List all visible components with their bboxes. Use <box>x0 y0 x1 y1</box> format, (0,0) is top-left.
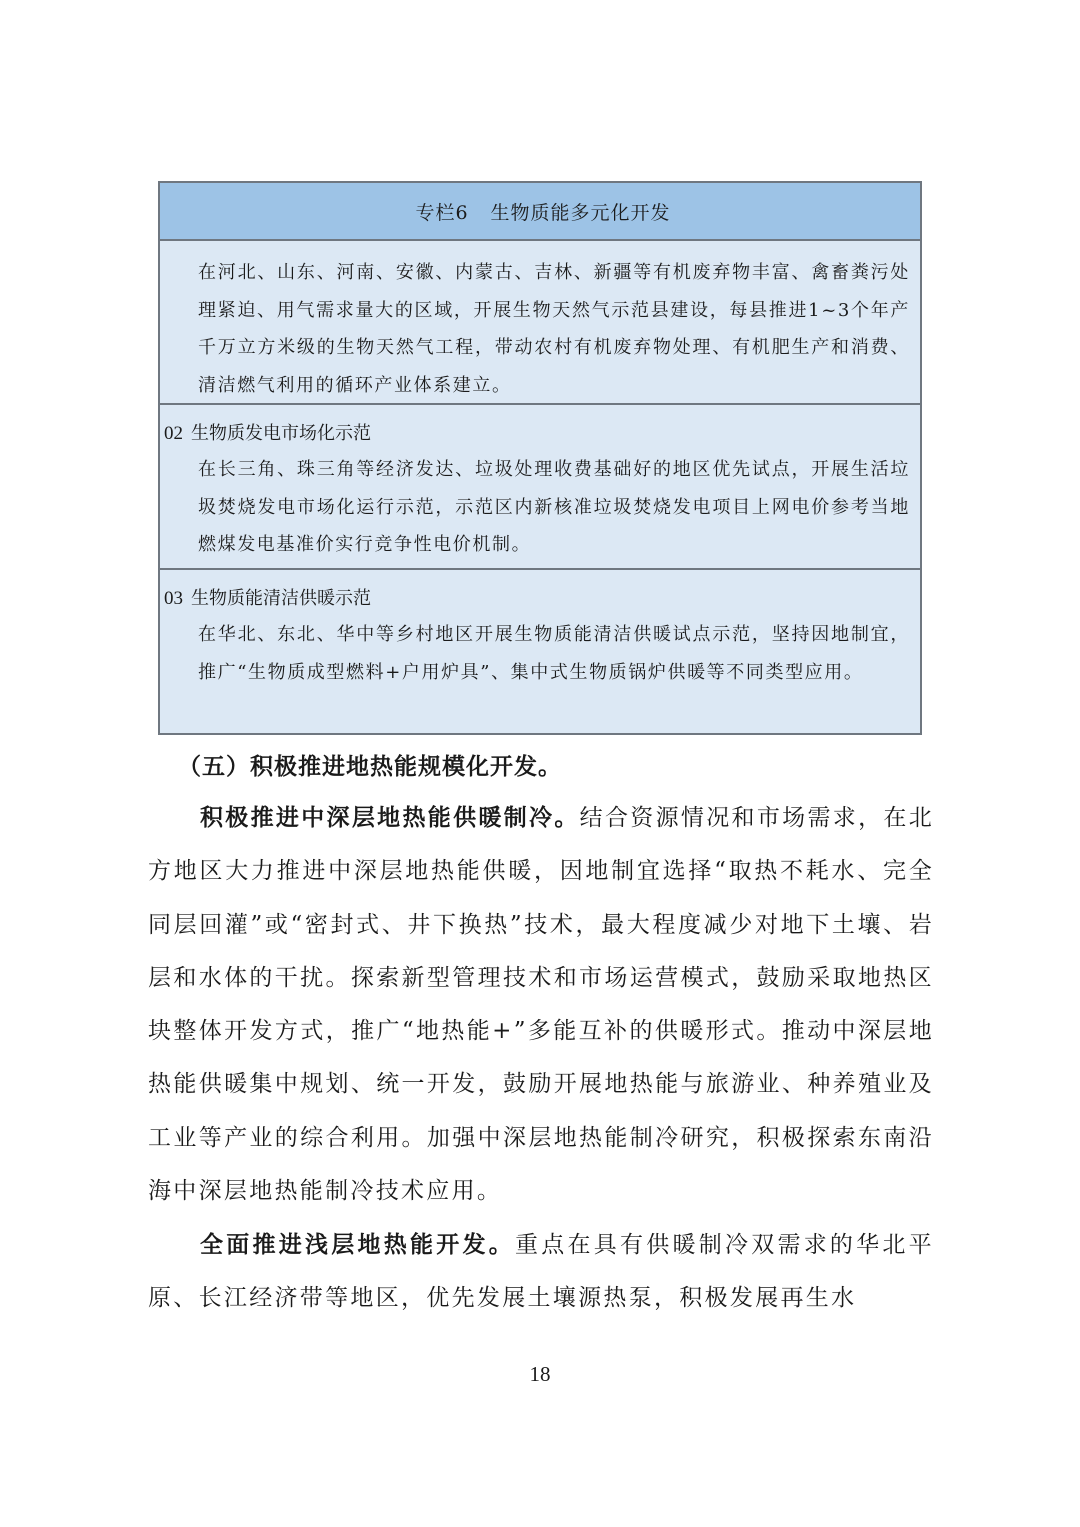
row-index: 03 <box>164 588 183 609</box>
feature-box-title: 生物质能多元化开发 <box>491 198 671 225</box>
paragraph-lead: 积极推进中深层地热能供暖制冷。 <box>200 804 580 831</box>
paragraph: 积极推进中深层地热能供暖制冷。结合资源情况和市场需求，在北方地区大力推进中深层地… <box>148 791 934 1218</box>
page-number: 18 <box>0 1362 1080 1387</box>
feature-box-label: 专栏6 <box>415 198 468 225</box>
paragraph-lead: 全面推进浅层地热能开发。 <box>200 1231 515 1258</box>
paragraph: 全面推进浅层地热能开发。重点在具有供暖制冷双需求的华北平原、长江经济带等地区，优… <box>148 1218 934 1326</box>
row-index: 02 <box>164 423 183 444</box>
feature-box-header: 专栏6 生物质能多元化开发 <box>160 183 920 241</box>
feature-box: 专栏6 生物质能多元化开发 在河北、山东、河南、安徽、内蒙古、吉林、新疆等有机废… <box>158 181 922 735</box>
row-heading-text: 生物质发电市场化示范 <box>191 423 371 444</box>
row-heading-text: 生物质能清洁供暖示范 <box>191 588 371 609</box>
feature-box-row-text: 在河北、山东、河南、安徽、内蒙古、吉林、新疆等有机废弃物丰富、禽畜粪污处理紧迫、… <box>198 254 910 404</box>
feature-box-row-heading: 02生物质发电市场化示范 <box>164 421 910 451</box>
feature-box-row-text: 在长三角、珠三角等经济发达、垃圾处理收费基础好的地区优先试点，开展生活垃圾焚烧发… <box>164 451 910 564</box>
feature-box-row: 03生物质能清洁供暖示范 在华北、东北、华中等乡村地区开展生物质能清洁供暖试点示… <box>160 570 920 733</box>
feature-box-row: 在河北、山东、河南、安徽、内蒙古、吉林、新疆等有机废弃物丰富、禽畜粪污处理紧迫、… <box>160 241 920 405</box>
feature-box-row-text: 在华北、东北、华中等乡村地区开展生物质能清洁供暖试点示范，坚持因地制宜，推广“生… <box>164 616 910 691</box>
paragraph-text: 结合资源情况和市场需求，在北方地区大力推进中深层地热能供暖，因地制宜选择“取热不… <box>148 805 934 1204</box>
feature-box-row: 02生物质发电市场化示范 在长三角、珠三角等经济发达、垃圾处理收费基础好的地区优… <box>160 405 920 570</box>
section-heading: （五）积极推进地热能规模化开发。 <box>178 748 562 781</box>
feature-box-row-heading: 03生物质能清洁供暖示范 <box>164 586 910 616</box>
